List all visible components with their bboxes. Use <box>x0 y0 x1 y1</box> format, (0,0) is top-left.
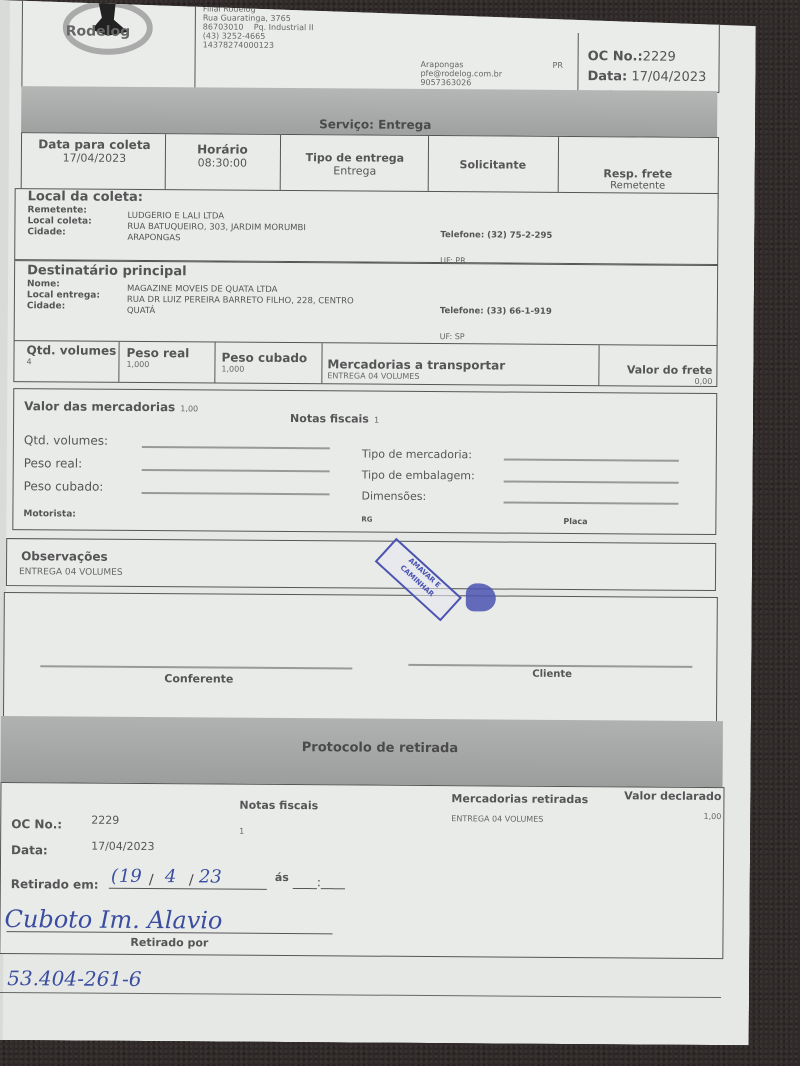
cargo-divider <box>321 343 322 383</box>
blank-line-volumes[interactable] <box>142 446 330 449</box>
company-cnpj: 14378274000123 <box>203 40 314 50</box>
invoices-label: Notas fiscais <box>290 412 369 426</box>
cargo-divider <box>214 343 215 383</box>
field-label-real-weight: Peso real: <box>24 452 108 476</box>
blank-line-cubic-weight[interactable] <box>142 492 330 495</box>
service-col-delivery-type: Tipo de entrega Entrega <box>280 151 430 178</box>
cargo-divider <box>118 342 119 382</box>
service-title: Serviço: Entrega <box>319 117 431 132</box>
cargo-col-goods: Mercadorias a transportar ENTREGA 04 VOL… <box>327 357 505 381</box>
recipient-section: Destinatário principal Nome: Local entre… <box>14 260 719 347</box>
protocol-title: Protocolo de retirada <box>302 740 458 756</box>
field-label-goods-type: Tipo de mercadoria: <box>362 444 475 466</box>
declared-value: 1,00 <box>703 812 721 821</box>
withdrawn-by-signature: Cuboto Im. Alavio <box>4 905 222 935</box>
field-label-dimensions: Dimensões: <box>361 486 474 508</box>
withdrawn-date-field[interactable]: ( 19 / 4 / 23 <box>109 866 267 891</box>
withdrawn-month: 4 <box>165 866 177 887</box>
company-address-block: Filial Rodelog Rua Guaratinga, 3765 8670… <box>203 4 314 50</box>
protocol-section: OC No.: Data: 2229 17/04/2023 Notas fisc… <box>0 782 725 959</box>
goods-invoices-row: Notas fiscais 1 <box>290 407 379 427</box>
cargo-col-cubic-weight: Peso cubado 1,000 <box>221 351 307 375</box>
protocol-oc-value: 2229 <box>91 808 155 834</box>
client-signature-line[interactable] <box>408 664 692 668</box>
delivery-order-document: Rodelog Filial Rodelog Rua Guaratinga, 3… <box>0 0 756 1045</box>
client-label: Cliente <box>532 669 572 680</box>
cargo-col-volumes: Qtd. volumes 4 <box>26 343 116 367</box>
blank-line-real-weight[interactable] <box>142 469 330 472</box>
cargo-col-real-weight: Peso real 1,000 <box>126 346 189 369</box>
cargo-col-freight-value: Valor do frete 0,00 <box>627 363 713 386</box>
pickup-city: ARAPONGAS <box>127 233 306 245</box>
svg-text:Rodelog: Rodelog <box>66 23 130 39</box>
recipient-phone: Telefone: (33) 66-1-919 <box>440 306 552 317</box>
goods-value-row: Valor das mercadorias 1,00 <box>24 395 198 415</box>
company-ie: 9057363026 <box>420 78 502 88</box>
goods-left-fields: Qtd. volumes: Peso real: Peso cubado: <box>24 429 109 499</box>
date-label: Data: <box>587 69 627 84</box>
recipient-title: Destinatário principal <box>27 263 187 279</box>
cargo-table: Qtd. volumes 4 Peso real 1,000 Peso cuba… <box>13 340 717 387</box>
pickup-values: LUDGERIO E LALI LTDA RUA BATUQUEIRO, 303… <box>127 211 306 245</box>
pickup-title: Local da coleta: <box>28 189 143 205</box>
goods-value: 1,00 <box>180 404 198 413</box>
protocol-goods-value: ENTREGA 04 VOLUMES <box>451 814 543 824</box>
protocol-date-label: Data: <box>11 837 62 863</box>
pickup-phone: Telefone: (32) 75-2-295 <box>440 230 552 241</box>
protocol-goods-label: Mercadorias retiradas <box>451 792 588 806</box>
goods-right-fields: Tipo de mercadoria: Tipo de embalagem: D… <box>361 444 475 508</box>
protocol-date-value: 17/04/2023 <box>91 834 155 860</box>
recipient-values: MAGAZINE MOVEIS DE QUATA LTDA RUA DR LUI… <box>127 284 354 319</box>
stamp-ink-blot <box>466 583 496 611</box>
company-contact-block: Arapongas pfe@rodelog.com.br 9057363026 <box>420 60 502 88</box>
withdrawn-day: 19 <box>119 866 142 887</box>
protocol-invoices-label: Notas fiscais <box>239 799 318 813</box>
observations-title: Observações <box>21 549 108 564</box>
pickup-labels: Remetente: Local coleta: Cidade: <box>27 205 91 238</box>
recipient-city: QUATÁ <box>127 306 354 319</box>
service-col-freight-resp: Resp. frete Remetente <box>558 167 718 192</box>
service-col-time: Horário 08:30:00 <box>165 142 280 170</box>
withdrawn-by-label: Retirado por <box>130 936 208 950</box>
rg-label: RG <box>361 516 372 524</box>
bottom-line <box>0 992 721 998</box>
checker-signature-line[interactable] <box>40 665 352 669</box>
company-state: PR <box>553 61 563 70</box>
service-col-pickup-date: Data para coleta 17/04/2023 <box>22 137 167 165</box>
blank-line-dimensions[interactable] <box>503 502 678 505</box>
oc-label: OC No.: <box>588 49 643 64</box>
company-logo: Rodelog <box>58 0 153 60</box>
recipient-uf: UF: SP <box>440 332 465 341</box>
header-divider-1 <box>194 0 196 88</box>
handwritten-document-number: 53.404-261-6 <box>7 966 142 991</box>
goods-value-label: Valor das mercadorias <box>24 399 175 414</box>
blank-line-package-type[interactable] <box>504 481 679 484</box>
observations-section: Observações ENTREGA 04 VOLUMES <box>6 538 716 591</box>
date-value: 17/04/2023 <box>631 69 706 85</box>
goods-section: Valor das mercadorias 1,00 Notas fiscais… <box>12 388 717 535</box>
header-divider-2 <box>577 33 578 91</box>
logo-icon: Rodelog <box>58 0 153 60</box>
service-col-requester: Solicitante <box>428 158 558 172</box>
cargo-divider <box>598 345 599 385</box>
withdrawn-year: 23 <box>199 866 222 887</box>
protocol-invoices-value: 1 <box>239 827 244 836</box>
withdrawn-time-field[interactable]: ____:____ <box>293 875 345 889</box>
field-label-cubic-weight: Peso cubado: <box>24 475 108 499</box>
plate-label: Placa <box>563 517 587 526</box>
signatures-section: Conferente Cliente <box>3 592 718 729</box>
district: Pq. Industrial II <box>254 23 314 32</box>
oc-value: 2229 <box>643 49 676 64</box>
protocol-values: 2229 17/04/2023 <box>91 808 155 860</box>
blank-line-goods-type[interactable] <box>504 459 679 462</box>
recipient-labels: Nome: Local entrega: Cidade: <box>27 279 100 313</box>
withdrawn-on-label: Retirado em: <box>11 877 99 892</box>
field-label-volumes: Qtd. volumes: <box>24 429 108 453</box>
checker-label: Conferente <box>164 672 233 685</box>
driver-label: Motorista: <box>23 509 76 519</box>
invoices-value: 1 <box>374 416 379 425</box>
observations-text: ENTREGA 04 VOLUMES <box>19 567 123 578</box>
cep: 86703010 <box>203 22 244 31</box>
protocol-labels: OC No.: Data: <box>11 811 62 863</box>
recipient-address: RUA DR LUIZ PEREIRA BARRETO FILHO, 228, … <box>127 295 354 308</box>
at-label: ás <box>275 871 289 884</box>
protocol-oc-label: OC No.: <box>11 811 62 837</box>
pickup-section: Local da coleta: Remetente: Local coleta… <box>14 188 718 265</box>
declared-value-label: Valor declarado <box>624 789 721 803</box>
field-label-package-type: Tipo de embalagem: <box>362 465 475 487</box>
